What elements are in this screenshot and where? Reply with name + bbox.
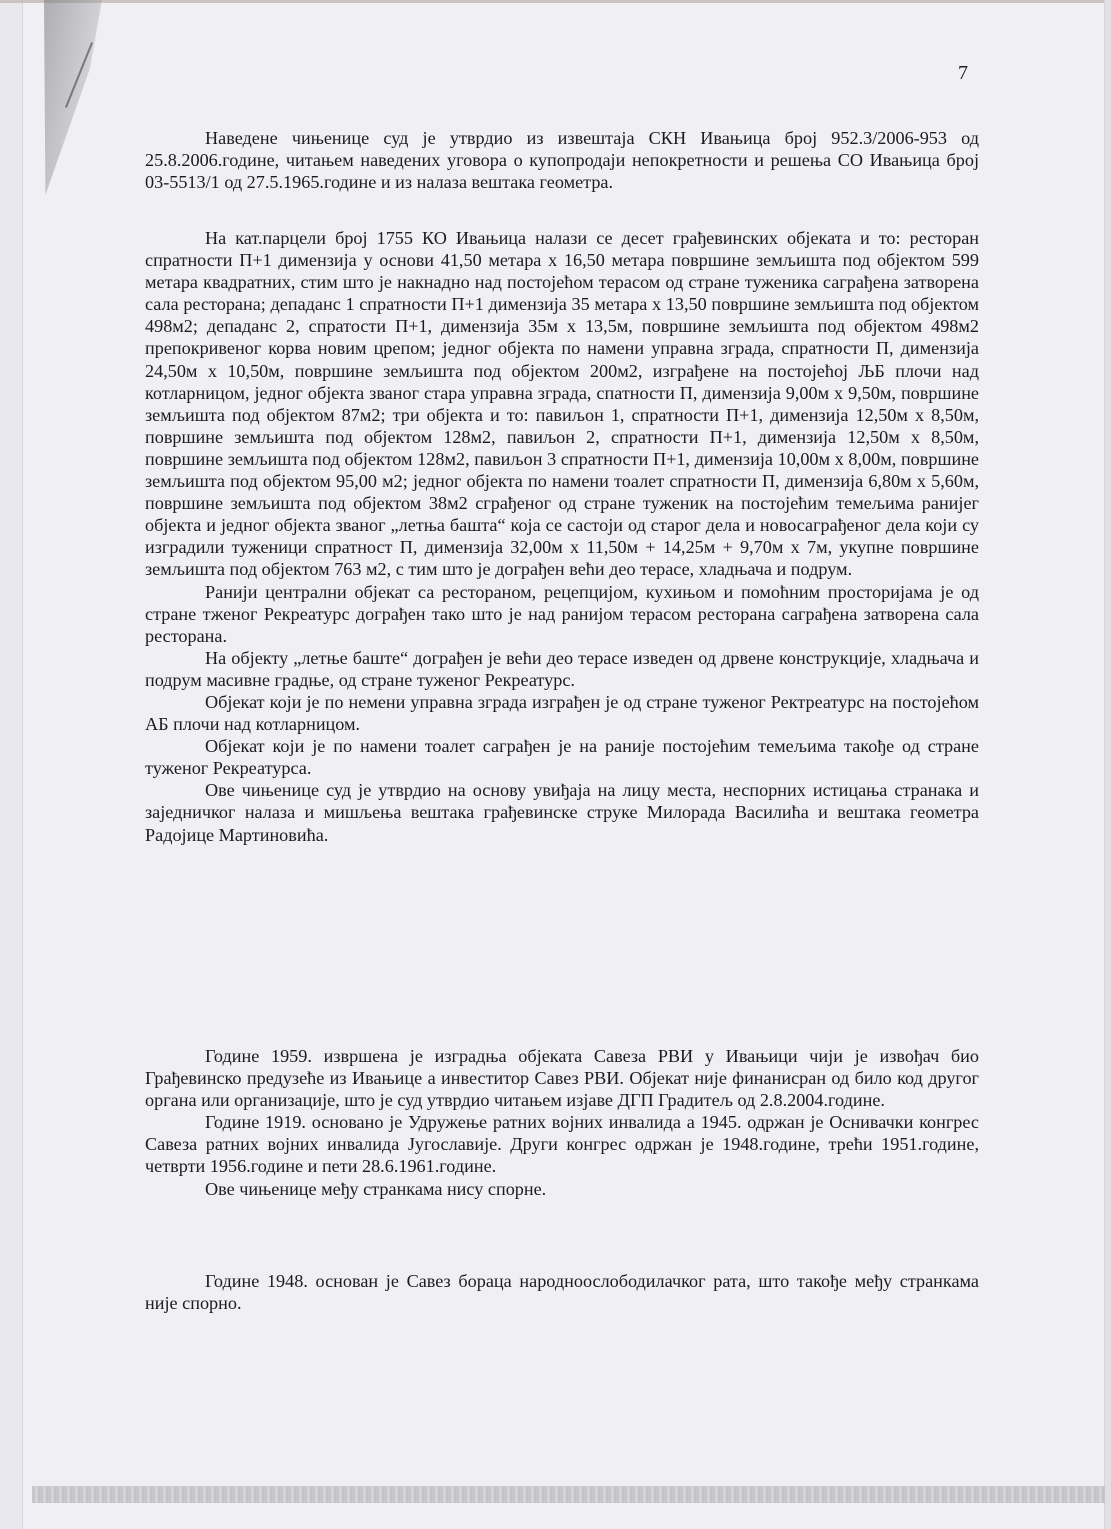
scan-right-edge [1104, 0, 1111, 1529]
paragraph: Године 1959. извршена је изградња објека… [145, 1045, 979, 1111]
page-number: 7 [958, 62, 968, 85]
paragraph-block-2: На кат.парцели број 1755 КО Ивањица нала… [145, 227, 979, 846]
paragraph: Године 1948. основан је Савез бораца нар… [145, 1270, 979, 1314]
scan-top-edge [0, 0, 1111, 3]
paragraph-block-1: Наведене чињенице суд је утврдио из изве… [145, 127, 979, 193]
paragraph: На објекту „летње баште“ дограђен је већ… [145, 647, 979, 691]
paragraph: Године 1919. основано је Удружење ратних… [145, 1111, 979, 1177]
paragraph: Објекат који је по намени тоалет саграђе… [145, 735, 979, 779]
scan-left-margin [0, 0, 23, 1529]
paragraph: Ранији централни објекат са рестораном, … [145, 581, 979, 647]
paragraph: Објекат који је по немени управна зграда… [145, 691, 979, 735]
paragraph-block-4: Године 1948. основан је Савез бораца нар… [145, 1270, 979, 1314]
paragraph: Наведене чињенице суд је утврдио из изве… [145, 127, 979, 193]
paragraph-block-3: Године 1959. извршена је изградња објека… [145, 1045, 979, 1200]
paragraph: На кат.парцели број 1755 КО Ивањица нала… [145, 227, 979, 581]
paragraph: Ове чињенице суд је утврдио на основу ув… [145, 779, 979, 845]
scanner-artifact-band [32, 1486, 1105, 1503]
paragraph: Ове чињенице међу странкама нису спорне. [145, 1178, 979, 1200]
